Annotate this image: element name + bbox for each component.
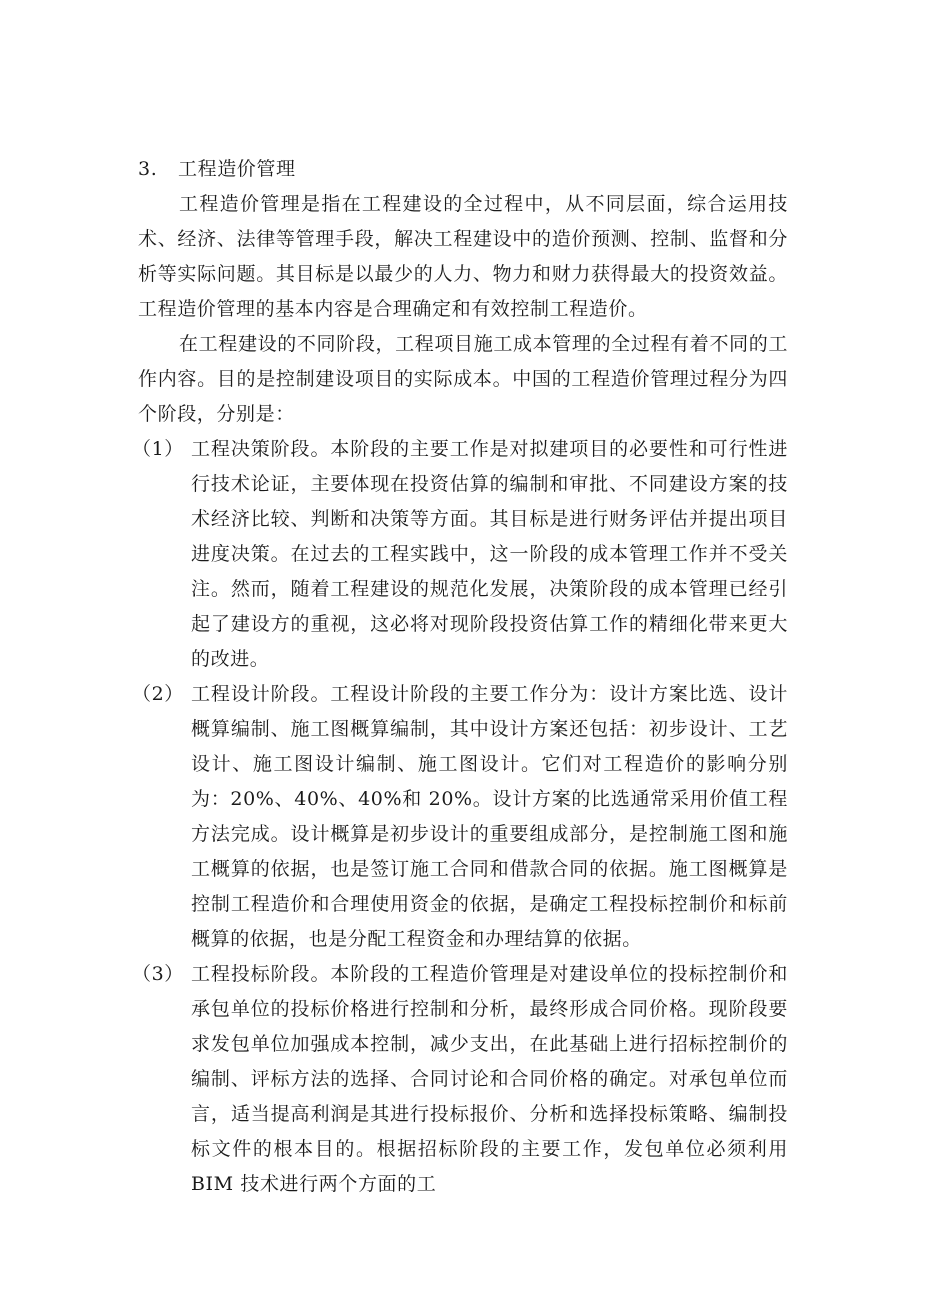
list-item-label: （3）	[132, 957, 190, 992]
list-item-label: （1）	[132, 432, 190, 467]
list-item-bidding-stage: （3） 工程投标阶段。本阶段的工程造价管理是对建设单位的投标控制价和承包单位的投…	[132, 957, 788, 1202]
section-number: 3.	[138, 152, 178, 187]
paragraph-definition: 工程造价管理是指在工程建设的全过程中，从不同层面，综合运用技术、经济、法律等管理…	[138, 187, 788, 327]
list-item-text: 工程投标阶段。本阶段的工程造价管理是对建设单位的投标控制价和承包单位的投标价格进…	[191, 957, 788, 1202]
list-item-text: 工程决策阶段。本阶段的主要工作是对拟建项目的必要性和可行性进行技术论证，主要体现…	[191, 432, 788, 677]
document-page: 3.工程造价管理 工程造价管理是指在工程建设的全过程中，从不同层面，综合运用技术…	[0, 0, 926, 1309]
paragraph-stages-intro: 在工程建设的不同阶段，工程项目施工成本管理的全过程有着不同的工作内容。目的是控制…	[138, 327, 788, 432]
section-heading: 3.工程造价管理	[138, 152, 788, 187]
section-title: 工程造价管理	[178, 158, 296, 180]
list-item-design-stage: （2） 工程设计阶段。工程设计阶段的主要工作分为：设计方案比选、设计概算编制、施…	[132, 677, 788, 957]
document-body: 3.工程造价管理 工程造价管理是指在工程建设的全过程中，从不同层面，综合运用技术…	[138, 152, 788, 1202]
list-item-label: （2）	[132, 677, 190, 712]
list-item-decision-stage: （1） 工程决策阶段。本阶段的主要工作是对拟建项目的必要性和可行性进行技术论证，…	[132, 432, 788, 677]
list-item-text: 工程设计阶段。工程设计阶段的主要工作分为：设计方案比选、设计概算编制、施工图概算…	[191, 677, 788, 957]
stages-list: （1） 工程决策阶段。本阶段的主要工作是对拟建项目的必要性和可行性进行技术论证，…	[138, 432, 788, 1202]
